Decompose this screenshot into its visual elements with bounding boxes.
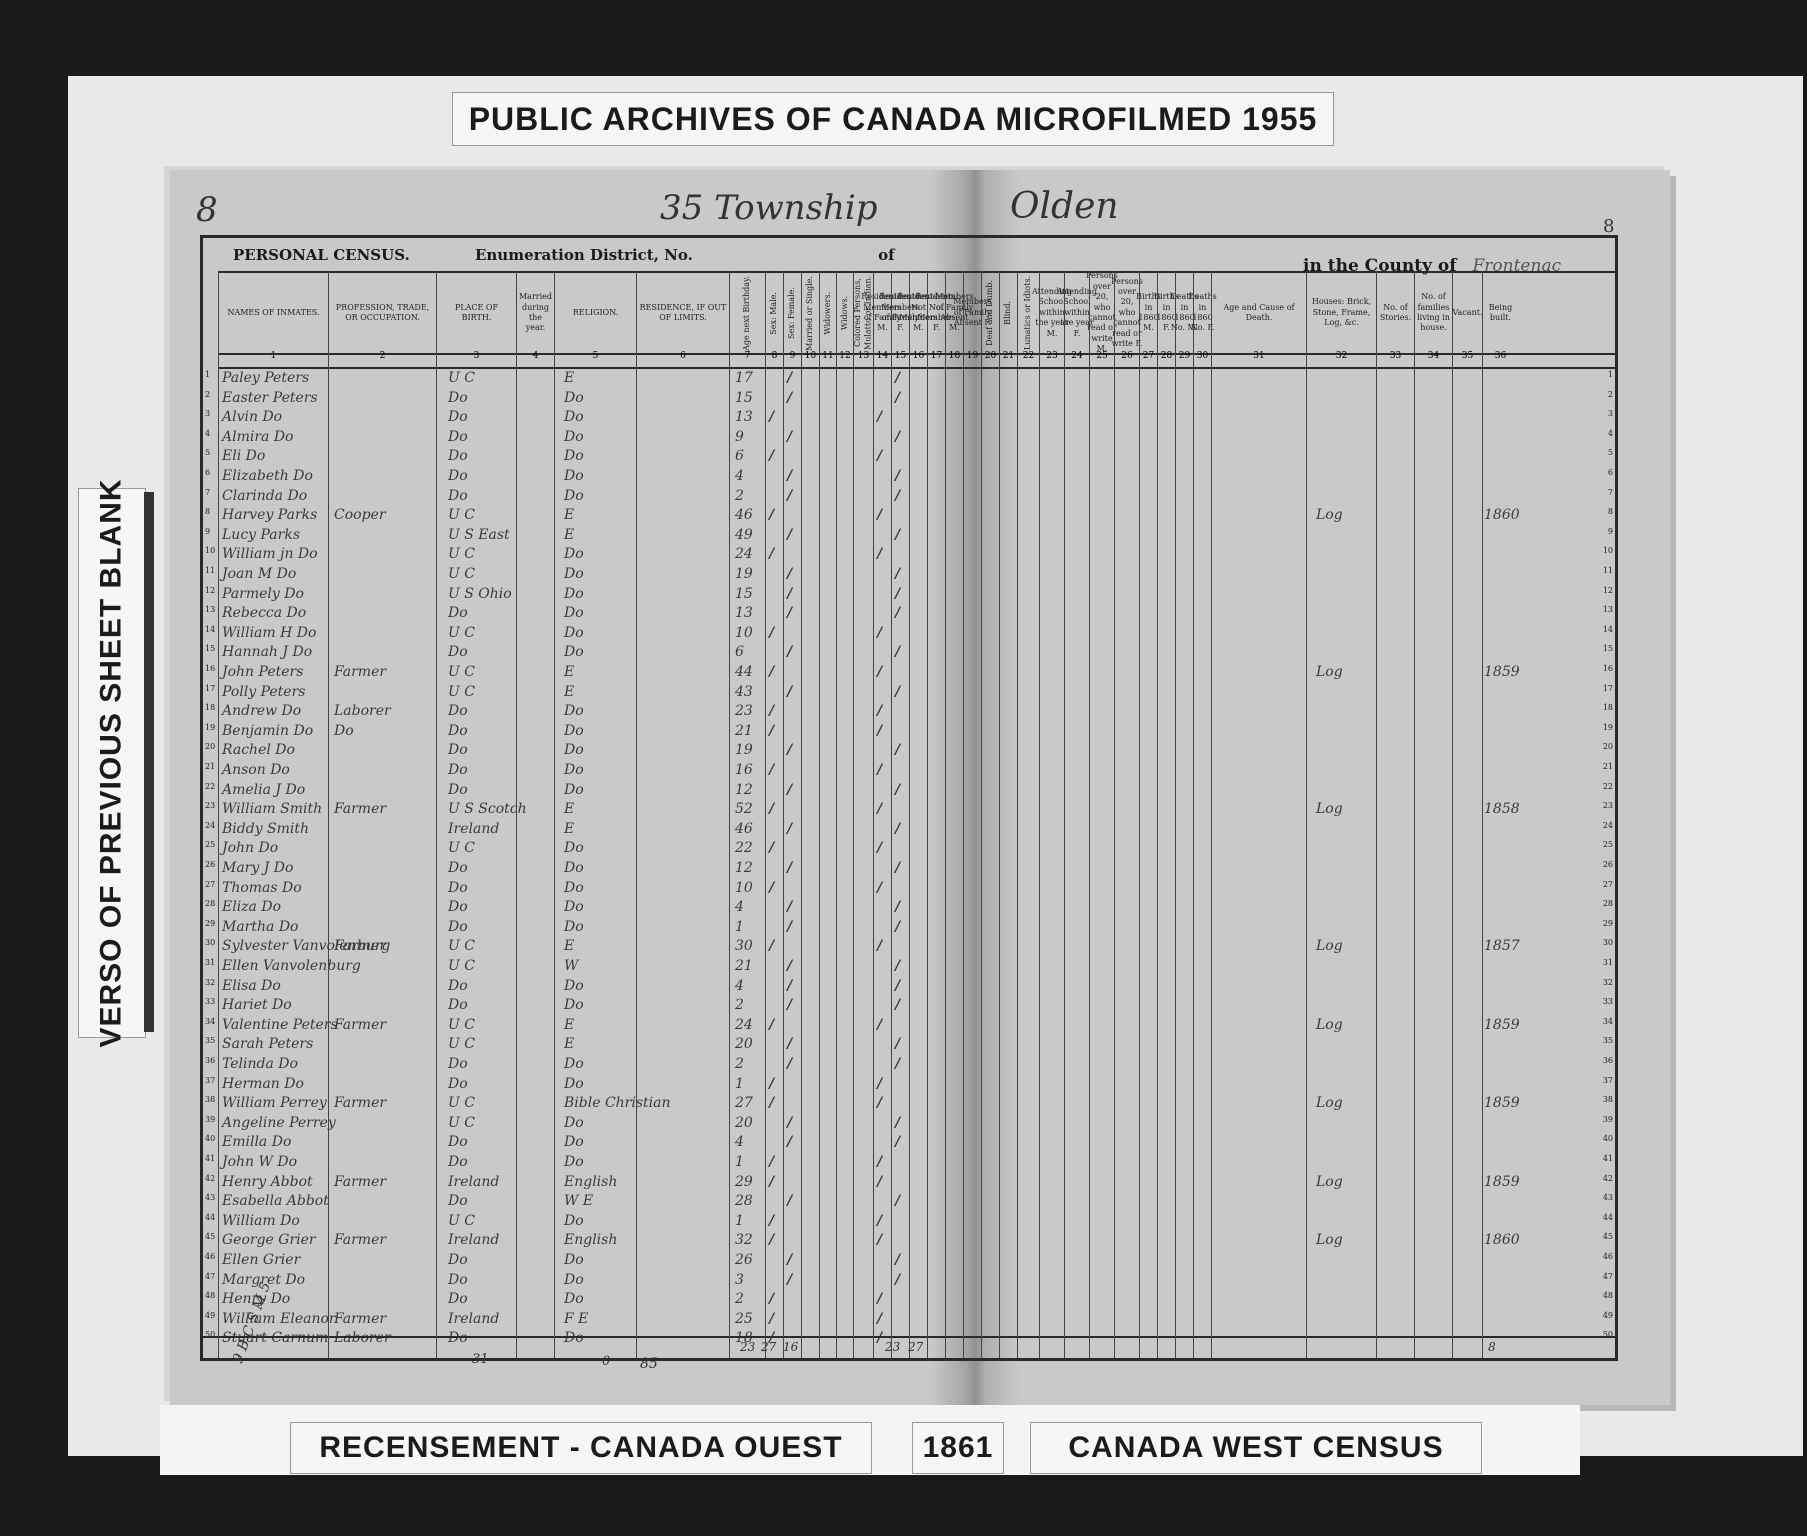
inmate-name: Almira Do xyxy=(222,429,293,445)
member-tick: / xyxy=(895,429,900,445)
row-number-right: 27 xyxy=(1603,880,1613,889)
row-number-right: 41 xyxy=(1603,1154,1613,1163)
row-number: 32 xyxy=(205,978,215,987)
place-of-birth: U C xyxy=(448,958,475,974)
row-number-right: 32 xyxy=(1603,978,1613,987)
sex-tick: / xyxy=(787,390,792,406)
place-of-birth: U C xyxy=(448,566,475,582)
house-type: Log xyxy=(1316,1232,1343,1248)
sex-tick: / xyxy=(787,1036,792,1052)
column-header-label: RESIDENCE, IF OUT OF LIMITS. xyxy=(639,303,727,324)
member-tick: / xyxy=(877,448,882,464)
column-header: No. of Stories. xyxy=(1376,273,1414,353)
age: 12 xyxy=(735,860,753,876)
member-tick: / xyxy=(895,566,900,582)
member-tick: / xyxy=(877,1232,882,1248)
row-number-right: 3 xyxy=(1608,409,1613,418)
sex-tick: / xyxy=(769,448,774,464)
column-rule xyxy=(729,271,730,1358)
column-number: 2 xyxy=(328,351,436,367)
inmate-name: William jn Do xyxy=(222,546,318,562)
age: 16 xyxy=(735,762,753,778)
column-rule xyxy=(1452,271,1453,1358)
row-number: 25 xyxy=(205,840,215,849)
form-title: PERSONAL CENSUS. xyxy=(233,246,410,264)
row-number-right: 9 xyxy=(1608,527,1613,536)
place-of-birth: Do xyxy=(448,1252,468,1268)
religion: Do xyxy=(564,409,584,425)
column-rule xyxy=(1039,271,1040,1358)
age: 23 xyxy=(735,703,753,719)
col3-total-note: 31 xyxy=(472,1352,489,1367)
age: 28 xyxy=(735,1193,753,1209)
row-number-right: 35 xyxy=(1603,1036,1613,1045)
member-tick: / xyxy=(895,488,900,504)
place-of-birth: U C xyxy=(448,370,475,386)
religion: W E xyxy=(564,1193,593,1209)
age: 46 xyxy=(735,821,753,837)
column-rule xyxy=(1064,271,1065,1358)
age: 1 xyxy=(735,1154,744,1170)
sex-tick: / xyxy=(769,1311,774,1327)
religion: Do xyxy=(564,762,584,778)
row-number: 36 xyxy=(205,1056,215,1065)
member-tick: / xyxy=(877,664,882,680)
column-rule xyxy=(783,271,784,1358)
year-built: 1857 xyxy=(1484,938,1520,954)
column-number: 4 xyxy=(516,351,554,367)
age: 1 xyxy=(735,1076,744,1092)
column-number: 28 xyxy=(1157,351,1175,367)
row-number-right: 2 xyxy=(1608,390,1613,399)
member-tick: / xyxy=(895,468,900,484)
sex-tick: / xyxy=(769,840,774,856)
row-number-right: 25 xyxy=(1603,840,1613,849)
column-header: PROFESSION, TRADE, OR OCCUPATION. xyxy=(328,273,436,353)
age: 52 xyxy=(735,801,753,817)
row-number-right: 5 xyxy=(1608,448,1613,457)
column-header: RELIGION. xyxy=(554,273,636,353)
place-of-birth: Do xyxy=(448,468,468,484)
member-tick: / xyxy=(877,507,882,523)
sex-tick: / xyxy=(787,1252,792,1268)
row-number: 21 xyxy=(205,762,215,771)
row-number: 31 xyxy=(205,958,215,967)
member-tick: / xyxy=(895,997,900,1013)
sex-tick: / xyxy=(769,1076,774,1092)
religion: English xyxy=(564,1232,617,1248)
column-header: Being built. xyxy=(1482,273,1518,353)
sex-tick: / xyxy=(787,488,792,504)
religion: E xyxy=(564,1036,574,1052)
religion: Do xyxy=(564,1076,584,1092)
year-built: 1858 xyxy=(1484,801,1520,817)
column-rule xyxy=(436,271,437,1358)
row-number-right: 26 xyxy=(1603,860,1613,869)
form-header: PERSONAL CENSUS. Enumeration District, N… xyxy=(233,246,895,264)
age: 2 xyxy=(735,1291,744,1307)
sex-tick: / xyxy=(787,527,792,543)
member-tick: / xyxy=(877,880,882,896)
place-of-birth: Do xyxy=(448,723,468,739)
page-number-right: 8 xyxy=(1603,216,1614,237)
age: 12 xyxy=(735,782,753,798)
place-of-birth: U C xyxy=(448,625,475,641)
age: 49 xyxy=(735,527,753,543)
column-rule xyxy=(981,271,982,1358)
census-form: PERSONAL CENSUS. Enumeration District, N… xyxy=(200,235,1618,1361)
member-tick: / xyxy=(877,762,882,778)
row-number-right: 23 xyxy=(1603,801,1613,810)
column-header: Married during the year. xyxy=(516,273,554,353)
row-number-right: 46 xyxy=(1603,1252,1613,1261)
row-number: 27 xyxy=(205,880,215,889)
member-tick: / xyxy=(895,684,900,700)
column-number: 35 xyxy=(1452,351,1482,367)
column-rule xyxy=(963,271,964,1358)
sex-tick: / xyxy=(787,997,792,1013)
row-number: 10 xyxy=(205,546,215,555)
row-number-right: 7 xyxy=(1608,488,1613,497)
column-rule xyxy=(891,271,892,1358)
place-of-birth: Ireland xyxy=(448,821,499,837)
total-houses: 8 xyxy=(1488,1340,1496,1354)
sex-tick: / xyxy=(769,1213,774,1229)
column-header: NAMES OF INMATES. xyxy=(218,273,328,353)
inmate-name: William Do xyxy=(222,1213,300,1229)
total-male: 23 xyxy=(740,1340,755,1354)
sex-tick: / xyxy=(769,1291,774,1307)
place-of-birth: U C xyxy=(448,664,475,680)
religion: E xyxy=(564,1017,574,1033)
occupation: Farmer xyxy=(334,1174,386,1190)
inmate-name: Clarinda Do xyxy=(222,488,307,504)
religion: Do xyxy=(564,1056,584,1072)
row-number: 49 xyxy=(205,1311,215,1320)
sex-tick: / xyxy=(787,684,792,700)
place-of-birth: Do xyxy=(448,1193,468,1209)
column-number: 17 xyxy=(927,351,945,367)
row-number-right: 44 xyxy=(1603,1213,1613,1222)
religion: Do xyxy=(564,448,584,464)
column-header: Widows. xyxy=(836,273,853,353)
religion: Do xyxy=(564,919,584,935)
column-number: 24 xyxy=(1064,351,1089,367)
religion: Do xyxy=(564,625,584,641)
column-header: RESIDENCE, IF OUT OF LIMITS. xyxy=(636,273,729,353)
occupation: Farmer xyxy=(334,664,386,680)
row-number: 23 xyxy=(205,801,215,810)
inmate-name: Henry Abbot xyxy=(222,1174,313,1190)
member-tick: / xyxy=(895,742,900,758)
column-number: 30 xyxy=(1193,351,1211,367)
column-number: 15 xyxy=(891,351,909,367)
sex-tick: / xyxy=(787,1134,792,1150)
inmate-name: Elizabeth Do xyxy=(222,468,313,484)
sex-tick: / xyxy=(787,605,792,621)
inmate-name: Rebecca Do xyxy=(222,605,306,621)
column-rule xyxy=(1414,271,1415,1358)
inmate-name: Emilla Do xyxy=(222,1134,291,1150)
column-number: 13 xyxy=(853,351,873,367)
row-number: 15 xyxy=(205,644,215,653)
column-header-label: Blind. xyxy=(1003,301,1013,325)
row-number-right: 38 xyxy=(1603,1095,1613,1104)
of-label: of xyxy=(878,246,894,264)
row-number: 46 xyxy=(205,1252,215,1261)
age: 26 xyxy=(735,1252,753,1268)
column-header: Married or Single. xyxy=(801,273,819,353)
age: 6 xyxy=(735,448,744,464)
column-rule xyxy=(1017,271,1018,1358)
member-tick: / xyxy=(877,625,882,641)
religion: Do xyxy=(564,644,584,660)
column-number: 9 xyxy=(783,351,801,367)
member-tick: / xyxy=(877,1095,882,1111)
place-of-birth: U S Scotch xyxy=(448,801,527,817)
row-number: 8 xyxy=(205,507,210,516)
age: 4 xyxy=(735,1134,744,1150)
column-number: 12 xyxy=(836,351,853,367)
age: 19 xyxy=(735,566,753,582)
place-of-birth: U S East xyxy=(448,527,510,543)
year-built: 1859 xyxy=(1484,1017,1520,1033)
sex-tick: / xyxy=(787,919,792,935)
place-of-birth: Do xyxy=(448,899,468,915)
column-number: 22 xyxy=(1017,351,1039,367)
row-number: 45 xyxy=(205,1232,215,1241)
member-tick: / xyxy=(895,605,900,621)
row-number: 19 xyxy=(205,723,215,732)
member-tick: / xyxy=(895,919,900,935)
place-of-birth: Do xyxy=(448,1056,468,1072)
age: 17 xyxy=(735,370,753,386)
district-handwritten: 35 Township xyxy=(660,188,878,228)
column-header-label: No. of Stories. xyxy=(1379,303,1412,324)
religion: Do xyxy=(564,605,584,621)
age: 29 xyxy=(735,1174,753,1190)
column-rule xyxy=(801,271,802,1358)
column-header: Age and Cause of Death. xyxy=(1211,273,1306,353)
column-header-label: Vacant. xyxy=(1453,308,1483,318)
column-rule xyxy=(636,271,637,1358)
sex-tick: / xyxy=(769,880,774,896)
age: 1 xyxy=(735,1213,744,1229)
religion: Do xyxy=(564,390,584,406)
place-of-birth: Do xyxy=(448,978,468,994)
column-rule xyxy=(1376,271,1377,1358)
row-number-right: 12 xyxy=(1603,586,1613,595)
inmate-name: Telinda Do xyxy=(222,1056,298,1072)
column-number: 5 xyxy=(554,351,636,367)
inmate-name: Hannah J Do xyxy=(222,644,312,660)
member-tick: / xyxy=(895,370,900,386)
row-number-right: 10 xyxy=(1603,546,1613,555)
member-tick: / xyxy=(895,390,900,406)
inmate-name: William Smith xyxy=(222,801,322,817)
place-of-birth: U C xyxy=(448,1036,475,1052)
age: 20 xyxy=(735,1115,753,1131)
religion: Do xyxy=(564,742,584,758)
religion: E xyxy=(564,507,574,523)
row-number: 43 xyxy=(205,1193,215,1202)
row-number-right: 29 xyxy=(1603,919,1613,928)
inmate-name: Eli Do xyxy=(222,448,265,464)
religion: Do xyxy=(564,703,584,719)
sex-tick: / xyxy=(787,468,792,484)
member-tick: / xyxy=(895,1193,900,1209)
column-number: 11 xyxy=(819,351,836,367)
sex-tick: / xyxy=(769,938,774,954)
inmate-name: Ellen Grier xyxy=(222,1252,300,1268)
row-number-right: 4 xyxy=(1608,429,1613,438)
sex-tick: / xyxy=(787,1272,792,1288)
column-rule xyxy=(218,271,219,1358)
column-number: 3 xyxy=(436,351,516,367)
member-tick: / xyxy=(877,801,882,817)
age: 13 xyxy=(735,409,753,425)
year-text: 1861 xyxy=(923,1431,994,1465)
archive-banner-text: PUBLIC ARCHIVES OF CANADA MICROFILMED 19… xyxy=(469,101,1318,138)
place-of-birth: Do xyxy=(448,605,468,621)
inmate-name: Eliza Do xyxy=(222,899,281,915)
column-number: 1 xyxy=(218,351,328,367)
age: 15 xyxy=(735,586,753,602)
inmate-name: Elisa Do xyxy=(222,978,281,994)
place-of-birth: Ireland xyxy=(448,1232,499,1248)
occupation: Cooper xyxy=(334,507,386,523)
row-number-right: 18 xyxy=(1603,703,1613,712)
row-number: 34 xyxy=(205,1017,215,1026)
row-number: 41 xyxy=(205,1154,215,1163)
member-tick: / xyxy=(895,860,900,876)
column-header: Houses: Brick, Stone, Frame, Log, &c. xyxy=(1306,273,1376,353)
religion: Do xyxy=(564,468,584,484)
age: 22 xyxy=(735,840,753,856)
religion: Do xyxy=(564,997,584,1013)
column-header-label: Married during the year. xyxy=(519,292,552,334)
place-of-birth: Do xyxy=(448,1291,468,1307)
age: 27 xyxy=(735,1095,753,1111)
column-header: No. of families living in house. xyxy=(1414,273,1452,353)
row-number-right: 31 xyxy=(1603,958,1613,967)
column-rule xyxy=(1306,271,1307,1358)
sex-tick: / xyxy=(769,625,774,641)
member-tick: / xyxy=(877,840,882,856)
sex-tick: / xyxy=(769,1174,774,1190)
religion: Do xyxy=(564,840,584,856)
column-number: 26 xyxy=(1114,351,1139,367)
inmate-name: Biddy Smith xyxy=(222,821,309,837)
age: 43 xyxy=(735,684,753,700)
age: 25 xyxy=(735,1311,753,1327)
place-of-birth: U C xyxy=(448,1017,475,1033)
place-of-birth: U C xyxy=(448,1115,475,1131)
place-handwritten: Olden xyxy=(1010,186,1119,227)
column-header-label: PLACE OF BIRTH. xyxy=(439,303,514,324)
occupation: Farmer xyxy=(334,1311,386,1327)
total-members-f: 27 xyxy=(908,1340,923,1354)
occupation: Farmer xyxy=(334,801,386,817)
row-number: 17 xyxy=(205,684,215,693)
religion: E xyxy=(564,938,574,954)
row-number: 9 xyxy=(205,527,210,536)
age: 1 xyxy=(735,919,744,935)
row-number-right: 33 xyxy=(1603,997,1613,1006)
sex-tick: / xyxy=(787,429,792,445)
inmate-name: Rachel Do xyxy=(222,742,295,758)
row-number: 14 xyxy=(205,625,215,634)
inmate-name: Anson Do xyxy=(222,762,290,778)
row-number: 5 xyxy=(205,448,210,457)
row-number-right: 24 xyxy=(1603,821,1613,830)
column-number: 20 xyxy=(981,351,999,367)
place-of-birth: Do xyxy=(448,997,468,1013)
place-of-birth: Do xyxy=(448,1272,468,1288)
row-number: 22 xyxy=(205,782,215,791)
row-number-right: 13 xyxy=(1603,605,1613,614)
year-built: 1859 xyxy=(1484,1095,1520,1111)
member-tick: / xyxy=(895,899,900,915)
row-number-right: 15 xyxy=(1603,644,1613,653)
age: 2 xyxy=(735,997,744,1013)
age: 9 xyxy=(735,429,744,445)
religion: Do xyxy=(564,1272,584,1288)
place-of-birth: U C xyxy=(448,938,475,954)
religion: E xyxy=(564,527,574,543)
member-tick: / xyxy=(895,1134,900,1150)
total-members-m: 23 xyxy=(885,1340,900,1354)
sex-tick: / xyxy=(769,409,774,425)
religion: Do xyxy=(564,860,584,876)
place-of-birth: U C xyxy=(448,546,475,562)
religion: W xyxy=(564,958,578,974)
row-number: 35 xyxy=(205,1036,215,1045)
row-number-right: 40 xyxy=(1603,1134,1613,1143)
column-rule xyxy=(873,271,874,1358)
sex-tick: / xyxy=(787,958,792,974)
sex-tick: / xyxy=(787,860,792,876)
member-tick: / xyxy=(895,1036,900,1052)
religion: F E xyxy=(564,1311,588,1327)
house-type: Log xyxy=(1316,507,1343,523)
inmate-name: Easter Peters xyxy=(222,390,318,406)
column-numbers: 1234567891011121314151617181920212223242… xyxy=(218,351,1615,369)
inmate-name: John Peters xyxy=(222,664,303,680)
occupation-margin-note: 85 xyxy=(640,1356,658,1372)
religion: Do xyxy=(564,586,584,602)
row-number-right: 11 xyxy=(1603,566,1613,575)
row-number-right: 21 xyxy=(1603,762,1613,771)
row-number: 13 xyxy=(205,605,215,614)
column-rule xyxy=(1089,271,1090,1358)
column-header: Vacant. xyxy=(1452,273,1482,353)
row-number: 44 xyxy=(205,1213,215,1222)
inmate-name: Harvey Parks xyxy=(222,507,317,523)
column-rule xyxy=(1157,271,1158,1358)
house-type: Log xyxy=(1316,938,1343,954)
place-of-birth: U S Ohio xyxy=(448,586,512,602)
row-number-right: 28 xyxy=(1603,899,1613,908)
column-rule xyxy=(909,271,910,1358)
column-header-label: RELIGION. xyxy=(573,308,618,318)
sex-tick: / xyxy=(787,899,792,915)
religion: Do xyxy=(564,1115,584,1131)
column-header-label: Age next Birthday. xyxy=(742,276,752,351)
column-headers: NAMES OF INMATES.PROFESSION, TRADE, OR O… xyxy=(218,271,1615,355)
row-number: 12 xyxy=(205,586,215,595)
row-number: 3 xyxy=(205,409,210,418)
